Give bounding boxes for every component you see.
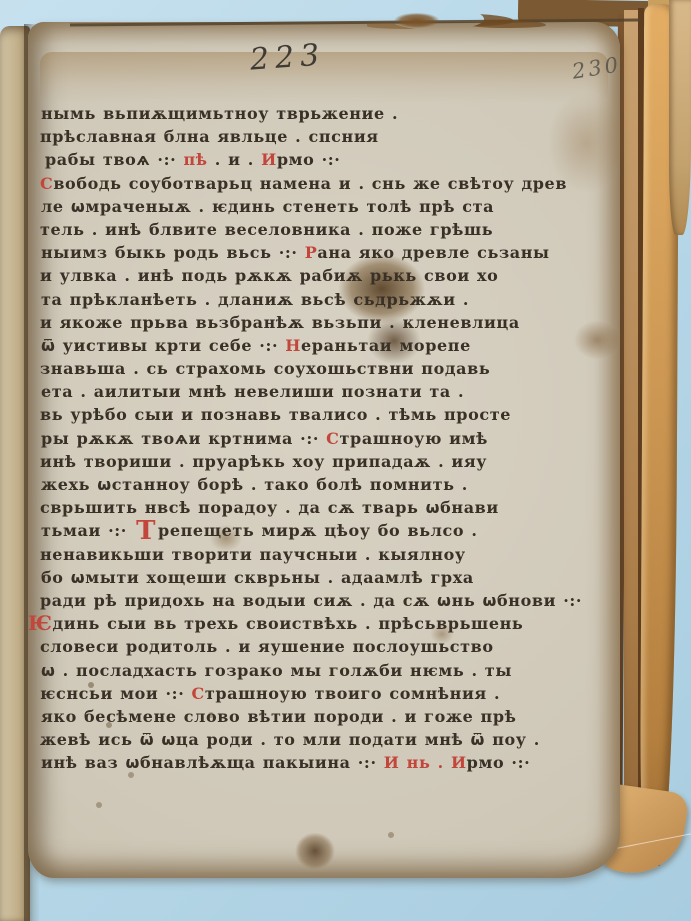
ink-segment: инѣ ваз ѡбнавлѣѫща пакыина ·:·	[41, 753, 384, 772]
ink-segment: трашноую имѣ	[340, 429, 488, 448]
page-edge-tan	[624, 10, 639, 866]
text-line-24: словеси родитоль . и яушение послоушьств…	[40, 635, 618, 658]
ink-segment: ныимз быкь родь вьсь ·:·	[41, 243, 305, 262]
text-line-7: ныимз быкь родь вьсь ·:· Рана яко древле…	[41, 241, 619, 264]
rubric-segment: И	[451, 753, 467, 772]
text-line-27: яко бесѣмене слово вѣтии породи . и гоже…	[41, 705, 619, 728]
rubric-segment: С	[192, 684, 205, 703]
text-line-28: жевѣ ись ѿ ѡца роди . то мли подати мнѣ …	[40, 728, 618, 751]
ink-segment: рмо ·:·	[277, 150, 341, 169]
ink-segment: знавьша . сь страхомь соухошьствни подав…	[40, 359, 490, 378]
text-line-23: Ѥдинь сыи вь трехь своиствѣхь . прѣсьврь…	[41, 612, 619, 635]
ink-segment	[444, 753, 451, 772]
rubric-segment: И нь .	[384, 753, 444, 772]
text-line-16: инѣ твориши . пруарѣкь хоу припадаѫ . ия…	[40, 450, 618, 473]
ink-segment: ана яко древле сьзаны	[317, 243, 549, 262]
ink-segment: нымь вьпиѫщимьтноу тврьжение .	[41, 104, 398, 123]
manuscript-page: 223 230 нымь вьпиѫщимьтноу тврьжение .пр…	[28, 22, 620, 878]
rubric-segment: Р	[305, 243, 318, 262]
ink-segment: ради рѣ придохь на водыи сиѫ . да сѫ ѡнь…	[40, 591, 582, 610]
rubric-segment: С	[326, 429, 339, 448]
text-line-11: ѿ уистивы крти себе ·:· Нераньтаи морепе	[41, 334, 619, 357]
ink-segment: ераньтаи морепе	[301, 336, 471, 355]
page-edge-far-right	[669, 0, 691, 235]
rubric-segment: С	[40, 174, 53, 193]
ink-segment: та прѣкланѣеть . дланиѫ вьсѣ сьдрьжѫи .	[41, 290, 469, 309]
text-line-19: тьмаи ·:· Трепещеть мирѫ цѣоу бо вьлсо .	[41, 519, 619, 542]
ink-segment: ѥснсьи мои ·:·	[40, 684, 192, 703]
ink-segment: ѡ . посладхасть гозрако мы голѫби нѥмь .…	[41, 661, 512, 680]
text-line-6: тель . инѣ блвите веселовника . поже грѣ…	[40, 218, 618, 241]
ink-segment: сврьшить нвсѣ порадоу . да сѫ тварь ѡбна…	[40, 498, 499, 517]
text-line-9: та прѣкланѣеть . дланиѫ вьсѣ сьдрьжѫи .	[41, 288, 619, 311]
ink-segment: и якоже прьва вьзбранѣѫ вьзьпи . кленевл…	[40, 313, 520, 332]
ink-segment: инѣ твориши . пруарѣкь хоу припадаѫ . ия…	[40, 452, 487, 471]
ink-segment: ѿ уистивы крти себе ·:·	[41, 336, 285, 355]
ink-segment: яко бесѣмене слово вѣтии породи . и гоже…	[41, 707, 517, 726]
text-line-3: рабы твоѧ ·:· пѣ . и . Ирмо ·:·	[41, 148, 619, 171]
ink-segment: бо ѡмыти хощеши скврьны . адаамлѣ грха	[41, 568, 474, 587]
rubric-segment: Т	[136, 516, 156, 546]
photo-scene: 223 230 нымь вьпиѫщимьтноу тврьжение .пр…	[0, 0, 691, 921]
text-line-15: ры рѫкѫ твоѧи кртнима ·:· Страшноую имѣ	[41, 427, 619, 450]
text-line-17: жехь ѡстанноу борѣ . тако болѣ помнить .	[41, 473, 619, 496]
ink-segment: жевѣ ись ѿ ѡца роди . то мли подати мнѣ …	[40, 730, 540, 749]
text-line-25: ѡ . посладхасть гозрако мы голѫби нѥмь .…	[41, 659, 619, 682]
ink-segment: ненавикьши творити паучсныи . кыялноу	[40, 545, 466, 564]
ink-segment: словеси родитоль . и яушение послоушьств…	[40, 637, 494, 656]
ink-segment: рабы твоѧ ·:·	[45, 150, 183, 169]
rubric-segment: Ѥ	[28, 611, 53, 635]
ink-segment: тель . инѣ блвите веселовника . поже грѣ…	[40, 220, 493, 239]
text-line-18: сврьшить нвсѣ порадоу . да сѫ тварь ѡбна…	[40, 496, 618, 519]
text-line-4: Свободь соуботварьц намена и . снь же св…	[40, 172, 618, 195]
ink-segment: прѣславная блна явльце . спсния	[40, 127, 379, 146]
rubric-segment: пѣ	[183, 150, 207, 169]
ink-segment: репещеть мирѫ цѣоу бо вьлсо .	[158, 521, 477, 540]
text-line-13: ета . аилитыи мнѣ невелиши познати та .	[41, 380, 619, 403]
text-line-29: инѣ ваз ѡбнавлѣѫща пакыина ·:· И нь . Ир…	[41, 751, 619, 774]
text-line-21: бо ѡмыти хощеши скврьны . адаамлѣ грха	[41, 566, 619, 589]
stain-bottom-blob	[290, 828, 340, 874]
ink-segment: тьмаи ·:·	[41, 521, 134, 540]
text-line-2: прѣславная блна явльце . спсния	[40, 125, 618, 148]
rubric-segment: И	[261, 150, 277, 169]
ink-segment: и улвка . инѣ подь рѫкѫ рабиѫ рькь свои …	[40, 266, 498, 285]
folio-number-center: 223	[249, 37, 327, 77]
text-line-10: и якоже прьва вьзбранѣѫ вьзьпи . кленевл…	[40, 311, 618, 334]
text-line-14: вь урѣбо сыи и познавь твалисо . тѣмь пр…	[40, 403, 618, 426]
ink-segment: вободь соуботварьц намена и . снь же свѣ…	[53, 174, 567, 193]
text-line-22: ради рѣ придохь на водыи сиѫ . да сѫ ѡнь…	[40, 589, 618, 612]
ink-segment: ле ѡмраченыѫ . ѥдинь стенеть толѣ прѣ ст…	[41, 197, 494, 216]
text-line-20: ненавикьши творити паучсныи . кыялноу	[40, 543, 618, 566]
text-line-8: и улвка . инѣ подь рѫкѫ рабиѫ рькь свои …	[40, 264, 618, 287]
manuscript-text: нымь вьпиѫщимьтноу тврьжение .прѣславная…	[40, 102, 618, 774]
ink-segment: трашноую твоиго сомнѣния .	[205, 684, 500, 703]
ink-segment: рмо ·:·	[467, 753, 531, 772]
ink-segment: . и .	[208, 150, 262, 169]
text-line-26: ѥснсьи мои ·:· Страшноую твоиго сомнѣния…	[40, 682, 618, 705]
rubric-segment: Н	[285, 336, 301, 355]
text-line-12: знавьша . сь страхомь соухошьствни подав…	[40, 357, 618, 380]
text-line-1: нымь вьпиѫщимьтноу тврьжение .	[41, 102, 619, 125]
text-line-5: ле ѡмраченыѫ . ѥдинь стенеть толѣ прѣ ст…	[41, 195, 619, 218]
ink-segment: ета . аилитыи мнѣ невелиши познати та .	[41, 382, 464, 401]
ink-segment: ры рѫкѫ твоѧи кртнима ·:·	[41, 429, 326, 448]
top-edge-debris	[388, 6, 484, 30]
ink-segment: вь урѣбо сыи и познавь твалисо . тѣмь пр…	[40, 405, 511, 424]
ink-segment: динь сыи вь трехь своиствѣхь . прѣсьврьш…	[53, 614, 524, 633]
folio-number-corner: 230	[570, 52, 622, 83]
ink-segment: жехь ѡстанноу борѣ . тако болѣ помнить .	[41, 475, 468, 494]
